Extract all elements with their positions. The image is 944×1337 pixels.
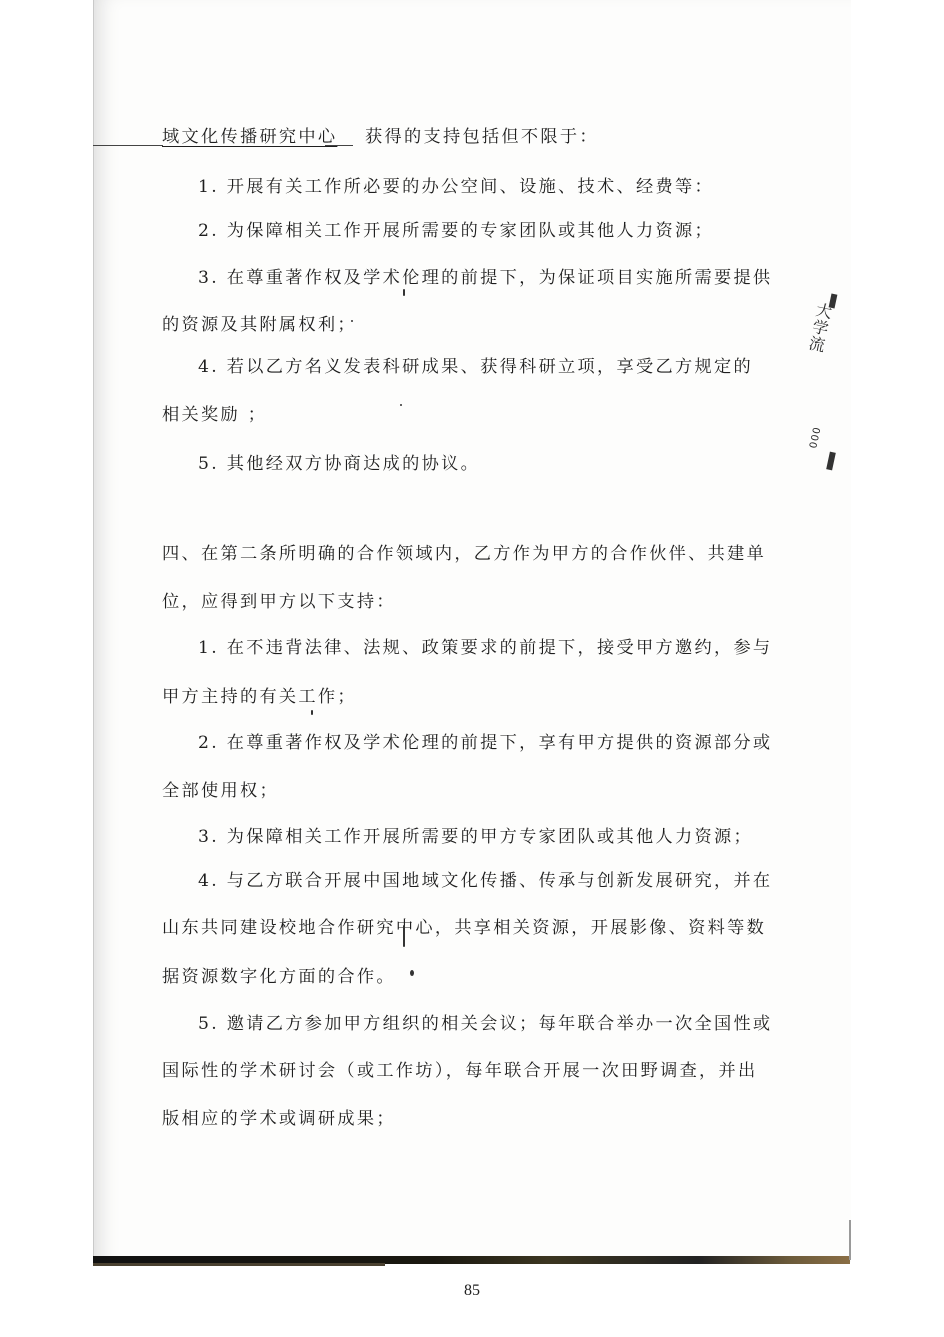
seal-stamp-marks: 000	[806, 426, 821, 450]
page-number: 85	[0, 1282, 944, 1300]
text-line: 甲方主持的有关工作；	[162, 682, 357, 707]
text-line: 版相应的学术或调研成果；	[162, 1104, 396, 1129]
scan-speck	[351, 320, 353, 322]
seal-stamp-text: 大学流	[803, 300, 836, 355]
text-line: 3. 为保障相关工作开展所需要的甲方专家团队或其他人力资源；	[198, 822, 753, 847]
text-line: 域文化传播研究中心	[162, 122, 337, 147]
scan-speck	[400, 404, 402, 406]
text-line: 1. 开展有关工作所必要的办公空间、设施、技术、经费等：	[198, 172, 714, 197]
text-line: 2. 为保障相关工作开展所需要的专家团队或其他人力资源；	[198, 216, 714, 241]
text-line: 2. 在尊重著作权及学术伦理的前提下，享有甲方提供的资源部分或	[198, 728, 772, 753]
text-line: 四、在第二条所明确的合作领域内，乙方作为甲方的合作伙伴、共建单	[162, 539, 766, 564]
text-line: 据资源数字化方面的合作。	[162, 962, 396, 987]
text-line: 获得的支持包括但不限于：	[365, 122, 599, 147]
scan-speck	[311, 710, 313, 715]
text-line: 1. 在不违背法律、法规、政策要求的前提下，接受甲方邀约，参与	[198, 633, 772, 658]
text-line: 国际性的学术研讨会（或工作坊），每年联合开展一次田野调查，并出	[162, 1056, 758, 1081]
document-body: 域文化传播研究中心获得的支持包括但不限于：1. 开展有关工作所必要的办公空间、设…	[0, 0, 944, 1200]
text-line: 的资源及其附属权利；	[162, 310, 357, 335]
scan-speck	[403, 289, 405, 296]
text-line: 位，应得到甲方以下支持：	[162, 587, 396, 612]
text-line: 山东共同建设校地合作研究中心，共享相关资源，开展影像、资料等数	[162, 913, 766, 938]
text-line: 相关奖励 ；	[162, 400, 267, 425]
seal-stamp-mark-top	[829, 294, 838, 309]
text-line: 4. 若以乙方名义发表科研成果、获得科研立项，享受乙方规定的	[198, 352, 753, 377]
blank-underline-leading	[93, 145, 163, 146]
text-line: 4. 与乙方联合开展中国地域文化传播、传承与创新发展研究，并在	[198, 866, 772, 891]
scan-bottom-edge-shadow	[93, 1263, 385, 1266]
text-line: 5. 其他经双方协商达成的协议。	[198, 449, 480, 474]
scan-right-edge	[849, 1220, 851, 1260]
seal-stamp: 大学流 000	[808, 292, 848, 472]
text-line: 5. 邀请乙方参加甲方组织的相关会议；每年联合举办一次全国性或	[198, 1009, 772, 1034]
scan-speck	[410, 970, 414, 976]
text-line: 全部使用权；	[162, 776, 279, 801]
text-line: 3. 在尊重著作权及学术伦理的前提下，为保证项目实施所需要提供	[198, 263, 772, 288]
scan-speck	[403, 925, 405, 947]
seal-stamp-mark-bottom	[826, 452, 836, 471]
